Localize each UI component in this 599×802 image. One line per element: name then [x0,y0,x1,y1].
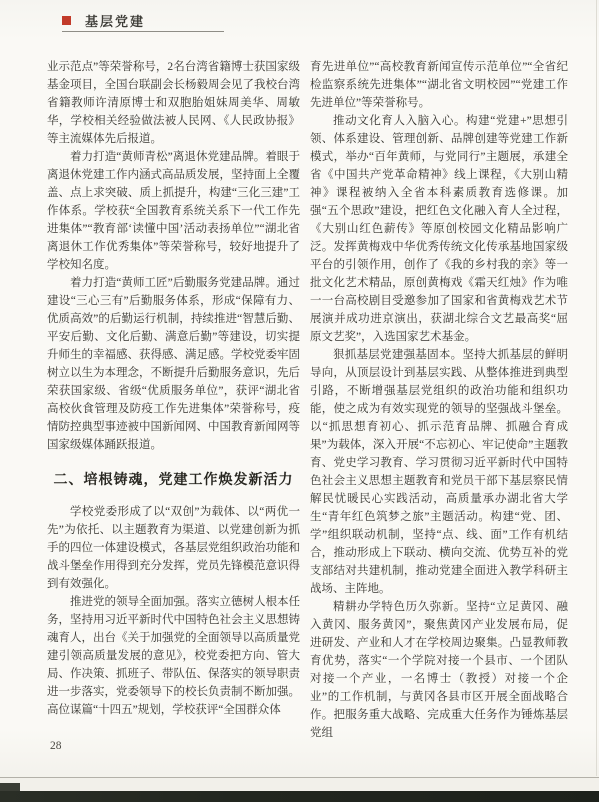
paragraph: 育先进单位”“高校教育新闻宣传示范单位”“全省纪检监察系统先进集体”“湖北省文明… [310,58,568,112]
paragraph: 业示范点”等荣誉称号，2名台湾省籍博士获国家级基金项目，全国台联副会长杨毅周会见… [47,58,300,148]
paragraph: 推进党的领导全面加强。落实立德树人根本任务，坚持用习近平新时代中国特色社会主义思… [47,593,300,719]
left-column: 业示范点”等荣誉称号，2名台湾省籍博士获国家级基金项目，全国台联副会长杨毅周会见… [47,58,300,742]
paragraph: 推动文化育人入脑入心。构建“党建+”思想引领、体系建设、管理创新、品牌创建等党建… [310,112,568,346]
red-square-icon [62,16,71,25]
paragraph: 着力打造“黄师青松”离退休党建品牌。着眼于离退休党建工作内涵式高品质发展，坚持面… [47,148,300,274]
scanned-page: 基层党建 业示范点”等荣誉称号，2名台湾省籍博士获国家级基金项目，全国台联副会长… [0,0,599,793]
page-edge-line [596,0,597,776]
paragraph: 着力打造“黄师工匠”后勤服务党建品牌。通过建设“三心三有”后勤服务体系，形成“保… [47,274,300,454]
right-column: 育先进单位”“高校教育新闻宣传示范单位”“全省纪检监察系统先进集体”“湖北省文明… [310,58,568,742]
paragraph: 精耕办学特色历久弥新。坚持“立足黄冈、融入黄冈、服务黄冈”，聚焦黄冈产业发展布局… [310,598,568,742]
paragraph: 学校党委形成了以“双创”为载体、以“两优一先”为依托、以主题教育为渠道、以党建创… [47,503,300,593]
article-body: 业示范点”等荣誉称号，2名台湾省籍博士获国家级基金项目，全国台联副会长杨毅周会见… [47,58,568,742]
section-tag: 基层党建 [62,9,145,31]
scan-background-band [0,791,599,802]
page-number: 28 [50,740,62,752]
header-underline [62,31,224,32]
section-tag-label: 基层党建 [85,11,145,30]
paragraph: 狠抓基层党建强基固本。坚持大抓基层的鲜明导向，从顶层设计到基层实践、从整体推进到… [310,346,568,598]
section-heading: 二、培根铸魂，党建工作焕发新活力 [47,469,300,489]
